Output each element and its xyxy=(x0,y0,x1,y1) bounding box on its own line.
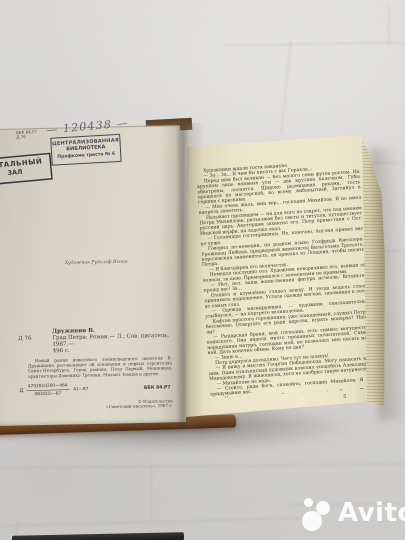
mortar-line xyxy=(388,5,390,45)
catalog-formula: Д 4702010200—464 083(02)—87 41—87 ББК 84… xyxy=(17,380,179,398)
library-stamp: ЦЕНТРАЛИЗОВАННАЯ БИБЛИОТЕКА Профкома тре… xyxy=(50,134,121,166)
avito-dot-small xyxy=(304,498,313,507)
novel-text: Художники ждали гостя накануне. — За... … xyxy=(196,159,373,399)
artist-credit: Художник Рудольф Яхнин xyxy=(65,259,128,265)
annotation-text: Новый роман известного ленинградского пи… xyxy=(28,355,172,378)
copyright-note: © Издательство «Советский писатель», 198… xyxy=(18,399,180,412)
table-edge xyxy=(12,532,184,540)
catalog-index: Д 76 xyxy=(18,335,31,342)
avito-watermark-text: Avito xyxy=(338,498,405,528)
avito-logo-icon xyxy=(296,492,334,534)
mortar-line xyxy=(150,466,152,521)
mortar-line xyxy=(0,463,405,469)
catalog-suffix: 41—87 xyxy=(73,386,88,393)
bbk-corner-code: ББК 84.Р7 Д 76 xyxy=(16,130,37,140)
avito-dot-large xyxy=(302,511,322,531)
catalog-denominator: 083(02)—87 xyxy=(26,390,69,398)
catalog-card: Дружинин В. Д 76 Град Петра: Роман.— Л.:… xyxy=(16,325,180,411)
right-page: Художники ждали гостя накануне. — За... … xyxy=(184,133,368,419)
mortar-line xyxy=(280,40,292,135)
bbk-corner-line2: Д 76 xyxy=(16,134,37,139)
title-line: Град Петра: Роман.— Л.: Сов. писатель, 1… xyxy=(52,332,169,347)
avito-watermark: Avito xyxy=(296,492,405,534)
mortar-line xyxy=(225,41,405,46)
page-number: 5 xyxy=(343,394,346,400)
book-photo: ББК 84.Р7 Д 76 — 120438 — ЦЕНТРАЛИЗОВАНН… xyxy=(0,0,405,540)
left-page: ББК 84.Р7 Д 76 — 120438 — ЦЕНТРАЛИЗОВАНН… xyxy=(0,125,186,426)
bbk-code: ББК 84.Р7 xyxy=(144,384,171,391)
catalog-letter: Д xyxy=(19,387,23,394)
reading-room-stamp: ЧИТАЛЬНЫЙ ЗАЛ xyxy=(0,153,53,187)
book-text-paragraph: Точно так. Руку, руку опустите!.. xyxy=(211,398,373,399)
